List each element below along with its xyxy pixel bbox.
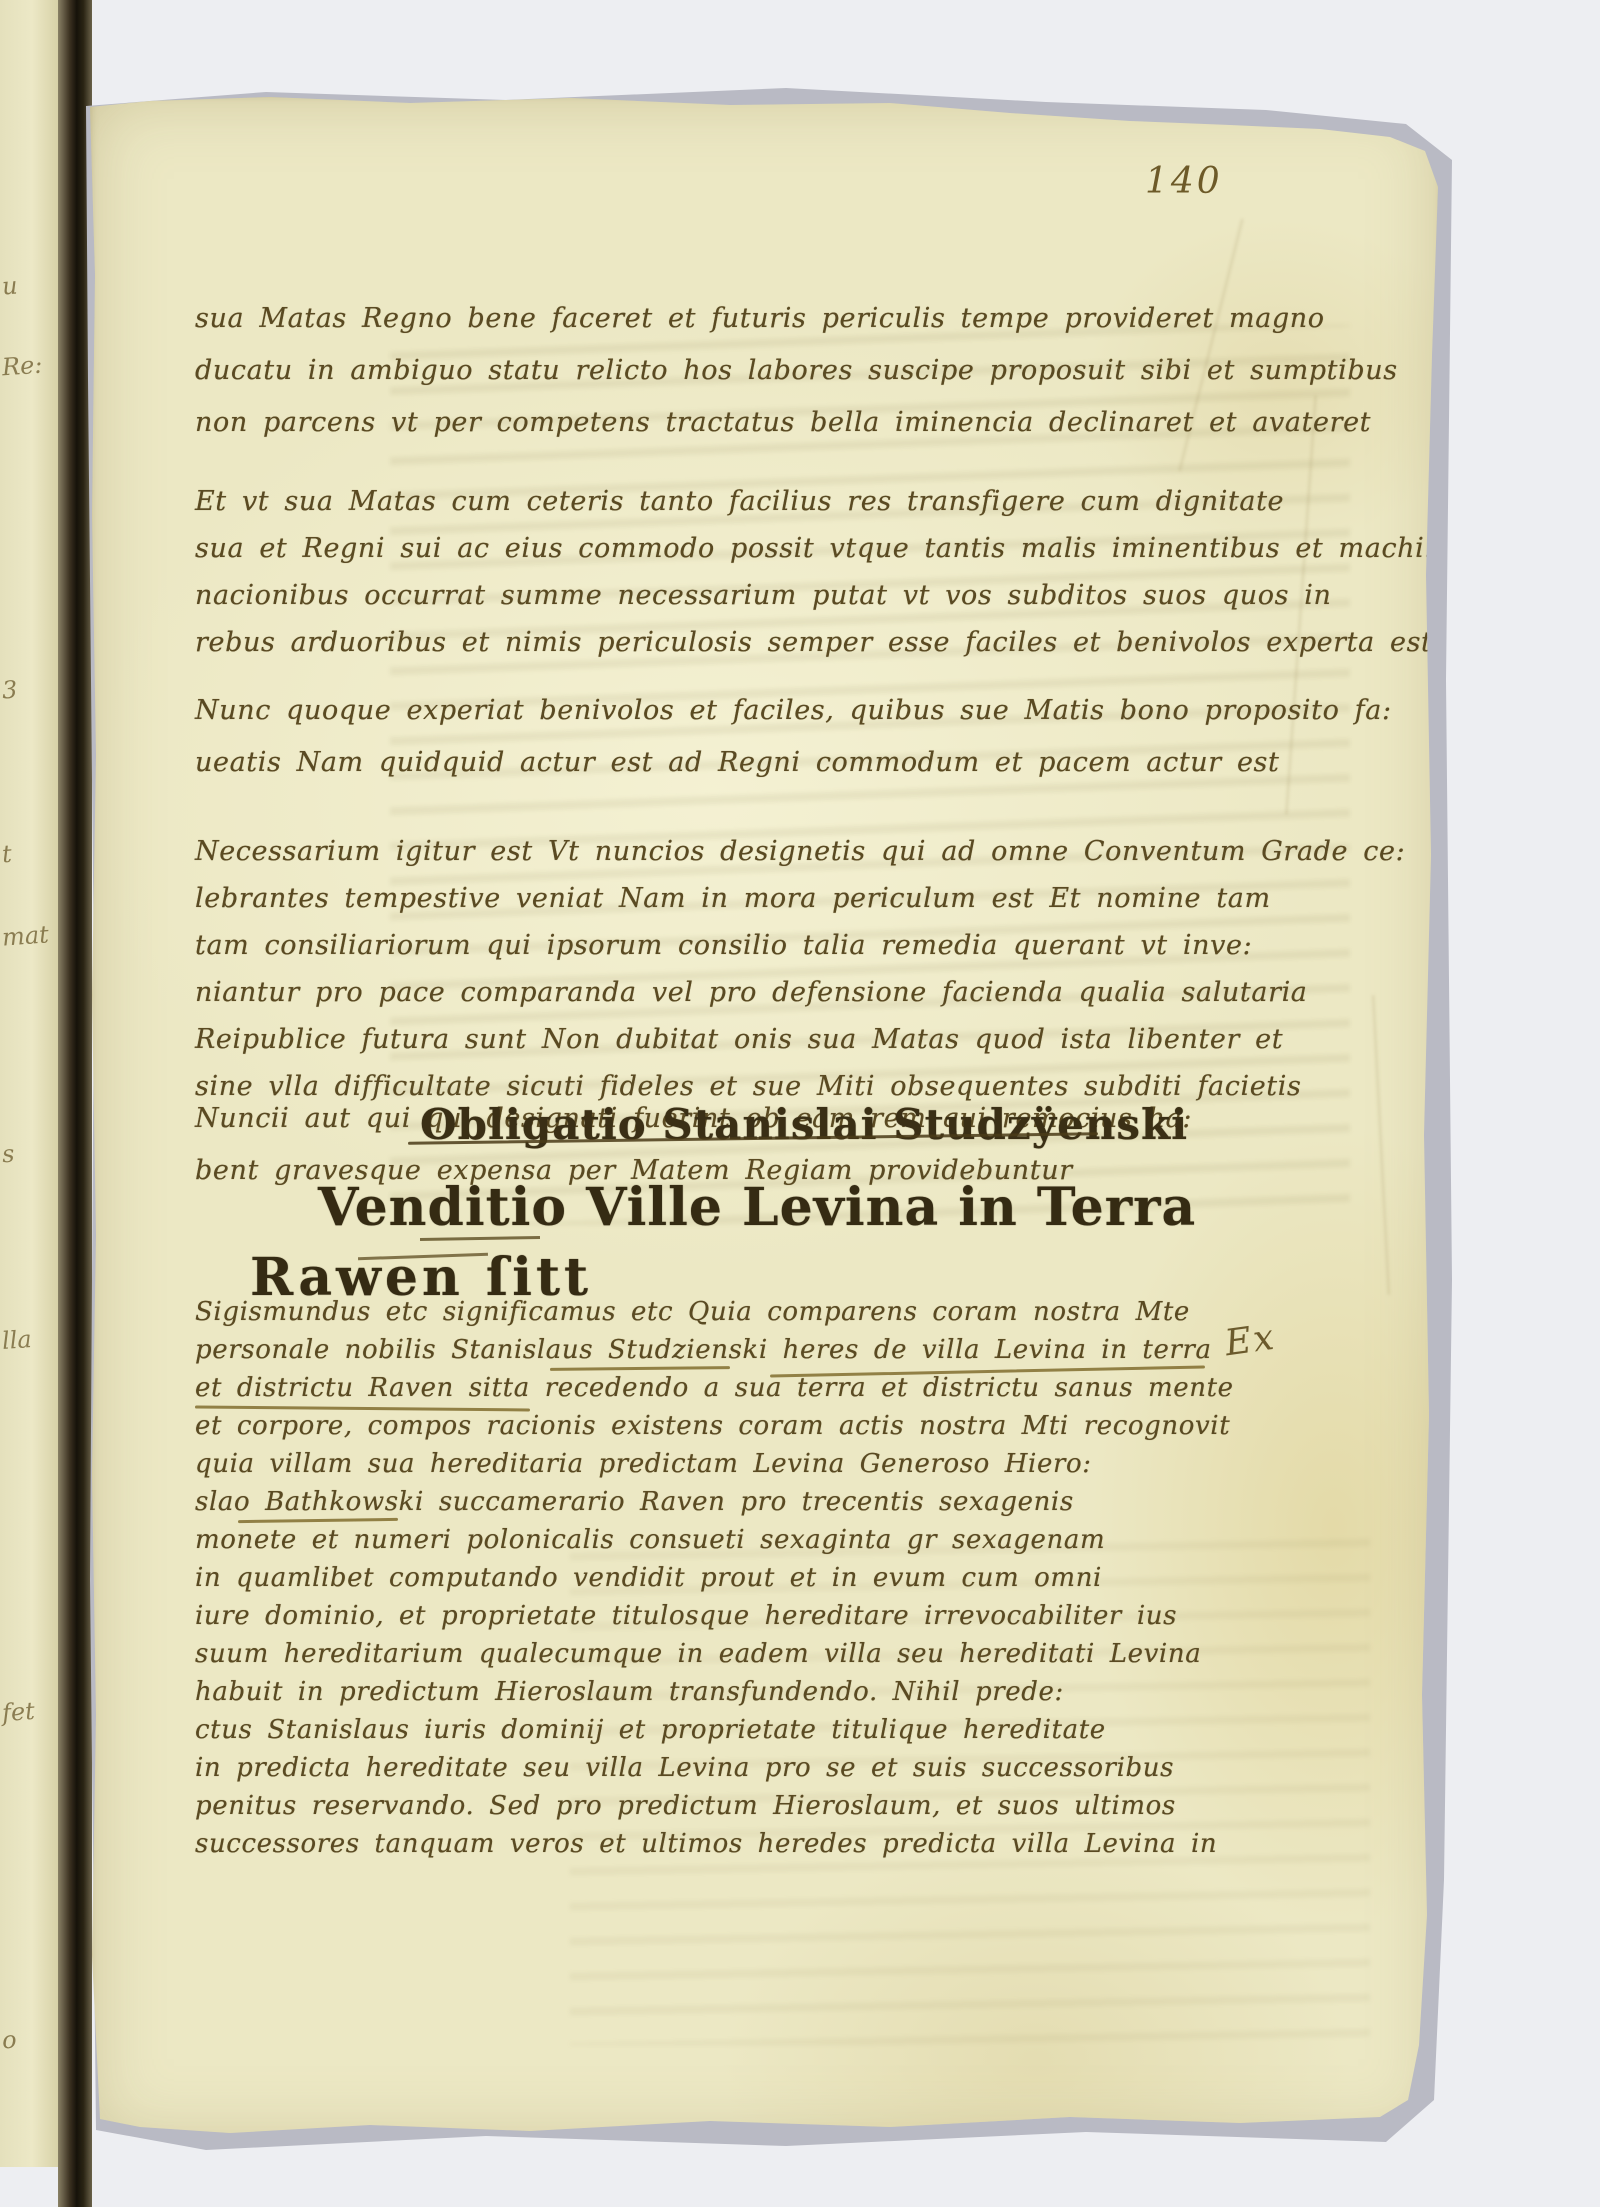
marginal-ex-note: Ex <box>1222 1317 1278 1365</box>
text-line: in quamlibet computando vendidit prout e… <box>195 1559 1245 1597</box>
text-line: nacionibus occurrat summe necessarium pu… <box>195 572 1245 619</box>
text-line: habuit in predictum Hieroslaum transfund… <box>195 1673 1245 1711</box>
text-line: sua Matas Regno bene faceret et futuris … <box>195 293 1245 345</box>
text-line: et districtu Raven sitta recedendo a sua… <box>195 1369 1245 1407</box>
text-line: tam consiliariorum qui ipsorum consilio … <box>195 922 1245 969</box>
text-line: Reipublice futura sunt Non dubitat onis … <box>195 1016 1245 1063</box>
text-line: penitus reservando. Sed pro predictum Hi… <box>195 1787 1245 1825</box>
text-line: monete et numeri polonicalis consueti se… <box>195 1521 1245 1559</box>
heading-title-line1: Venditio Ville Levina in Terra <box>318 1177 1196 1238</box>
manuscript-page: 140 sua Matas Regno bene faceret et futu… <box>90 95 1442 2143</box>
edge-fragment: Re: <box>1 351 43 382</box>
text-line: Necessarium igitur est Vt nuncios design… <box>195 828 1245 875</box>
text-line: iure dominio, et proprietate titulosque … <box>195 1597 1245 1635</box>
text-line: quia villam sua hereditaria predictam Le… <box>195 1445 1245 1483</box>
text-line: Et vt sua Matas cum ceteris tanto facili… <box>195 478 1245 525</box>
edge-fragment: 3 <box>1 676 18 705</box>
paragraph-2: Et vt sua Matas cum ceteris tanto facili… <box>195 478 1245 666</box>
edge-fragment: t <box>1 840 13 869</box>
text-line: lebrantes tempestive veniat Nam in mora … <box>195 875 1245 922</box>
text-line: sua et Regni sui ac eius commodo possit … <box>195 525 1245 572</box>
paragraph-4: Necessarium igitur est Vt nuncios design… <box>195 828 1245 1110</box>
text-line: Nunc quoque experiat benivolos et facile… <box>195 685 1245 737</box>
binding-gutter <box>58 0 92 2207</box>
text-line: personale nobilis Stanislaus Studzienski… <box>195 1331 1245 1369</box>
facing-page-edge: u Re: 3 t mat s lla fet o <box>0 0 58 2167</box>
text-line: successores tanquam veros et ultimos her… <box>195 1825 1245 1863</box>
text-line: niantur pro pace comparanda vel pro defe… <box>195 969 1245 1016</box>
paragraph-1: sua Matas Regno bene faceret et futuris … <box>195 293 1245 449</box>
text-line: rebus arduoribus et nimis periculosis se… <box>195 619 1245 666</box>
deed-text-block: Sigismundus etc significamus etc Quia co… <box>195 1293 1245 1863</box>
text-line: et corpore, compos racionis existens cor… <box>195 1407 1245 1445</box>
paragraph-3: Nunc quoque experiat benivolos et facile… <box>195 685 1245 789</box>
text-line: non parcens vt per competens tractatus b… <box>195 397 1245 449</box>
text-line: in predicta hereditate seu villa Levina … <box>195 1749 1245 1787</box>
text-line: Sigismundus etc significamus etc Quia co… <box>195 1293 1245 1331</box>
edge-fragment: s <box>1 1140 15 1169</box>
text-line: ctus Stanislaus iuris dominij et proprie… <box>195 1711 1245 1749</box>
edge-fragment: o <box>1 2026 17 2055</box>
text-line: slao Bathkowski succamerario Raven pro t… <box>195 1483 1245 1521</box>
folio-number: 140 <box>1145 161 1223 202</box>
edge-fragment: fet <box>1 1697 36 1727</box>
manuscript-scan: u Re: 3 t mat s lla fet o 140 sua Matas … <box>0 0 1600 2207</box>
edge-fragment: u <box>1 271 18 300</box>
text-line: suum hereditarium qualecumque in eadem v… <box>195 1635 1245 1673</box>
paper-wrinkle <box>1372 995 1390 1295</box>
edge-fragment: lla <box>1 1325 33 1355</box>
text-line: ducatu in ambiguo statu relicto hos labo… <box>195 345 1245 397</box>
text-line: ueatis Nam quidquid actur est ad Regni c… <box>195 737 1245 789</box>
edge-fragment: mat <box>1 920 50 951</box>
